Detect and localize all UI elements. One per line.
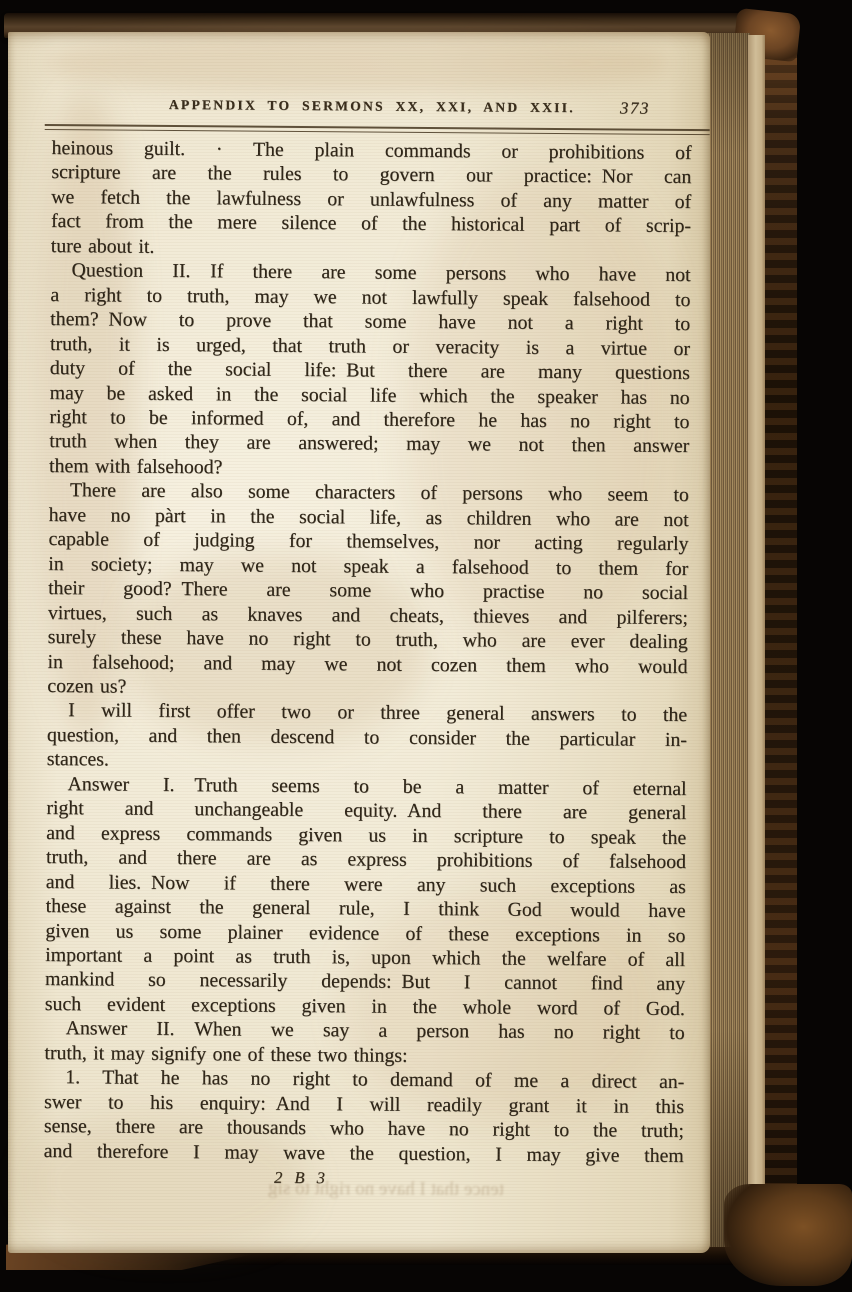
text-body: heinous guilt. · The plain commands or p… [44, 136, 692, 1168]
running-header: APPENDIX TO SERMONS XX, XXI, AND XXII. 3… [52, 93, 692, 124]
text-line: in falsehood; and may we not cozen them … [47, 649, 687, 678]
book-cover-edge [763, 17, 797, 1265]
paper-stain [46, 34, 670, 92]
page-number: 373 [620, 98, 650, 118]
signature-mark: 2 B 3 [43, 1166, 559, 1190]
header-rule [45, 124, 710, 135]
book-corner-bottom-right [724, 1184, 852, 1286]
printed-text-block: APPENDIX TO SERMONS XX, XXI, AND XXII. 3… [43, 93, 692, 1191]
book-scan: { "document": { "running_header": { "tit… [0, 0, 852, 1292]
page-fore-edge [706, 33, 750, 1249]
flyleaf-edge [748, 35, 765, 1247]
header-title: APPENDIX TO SERMONS XX, XXI, AND XXII. [52, 93, 692, 117]
book-page: APPENDIX TO SERMONS XX, XXI, AND XXII. 3… [8, 32, 710, 1253]
text-line: and therefore I may wave the question, I… [44, 1139, 684, 1168]
